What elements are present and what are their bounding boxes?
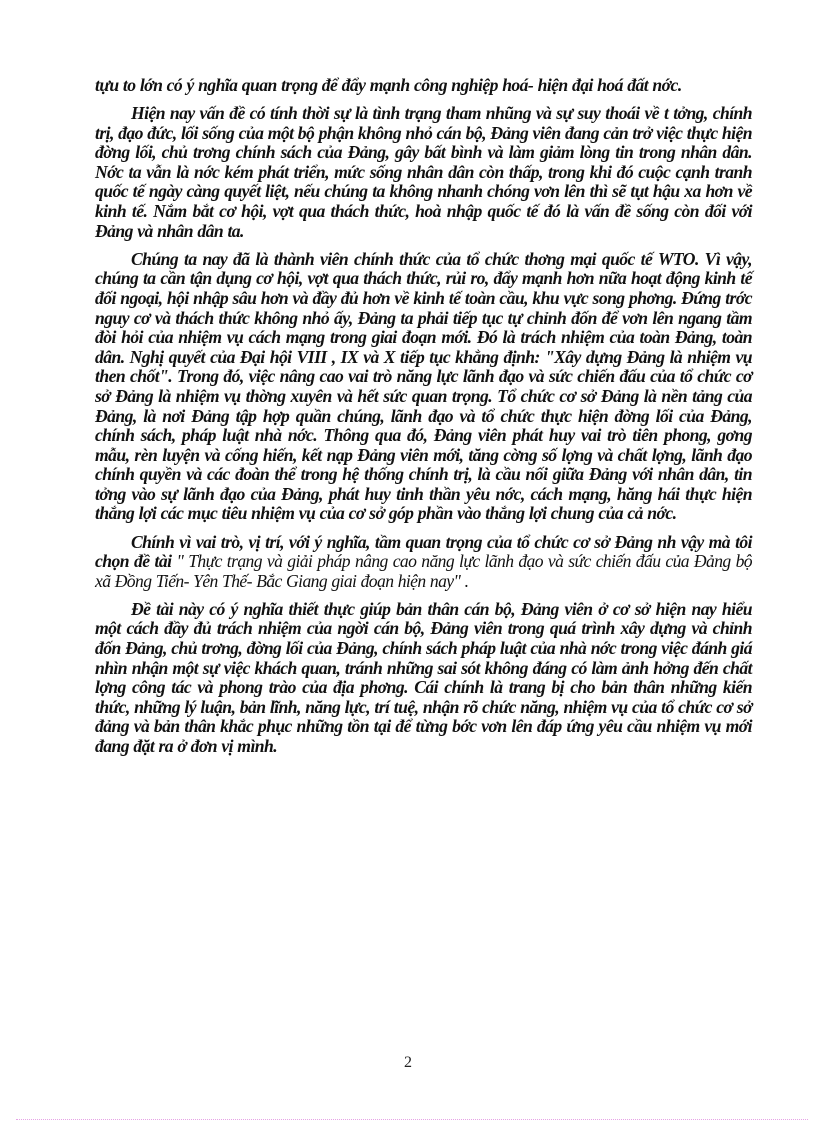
- body-text: tựu to lớn có ý nghĩa quan trọng để đẩy …: [95, 76, 752, 765]
- paragraph-2: Hiện nay vấn đề có tính thời sự là tình …: [95, 104, 752, 241]
- page-number: 2: [0, 1054, 816, 1072]
- paragraph-4: Chính vì vai trò, vị trí, với ý nghĩa, t…: [95, 533, 752, 592]
- paragraph-5: Đề tài này có ý nghĩa thiết thực giúp bả…: [95, 600, 752, 757]
- paragraph-1: tựu to lớn có ý nghĩa quan trọng để đẩy …: [95, 76, 752, 96]
- page-bottom-dotted-rule: [16, 1119, 808, 1120]
- paragraph-3: Chúng ta nay đã là thành viên chính thức…: [95, 250, 752, 524]
- thesis-title-quote: " Thực trạng và giải pháp nâng cao năng …: [95, 551, 752, 591]
- document-page: tựu to lớn có ý nghĩa quan trọng để đẩy …: [0, 0, 816, 1123]
